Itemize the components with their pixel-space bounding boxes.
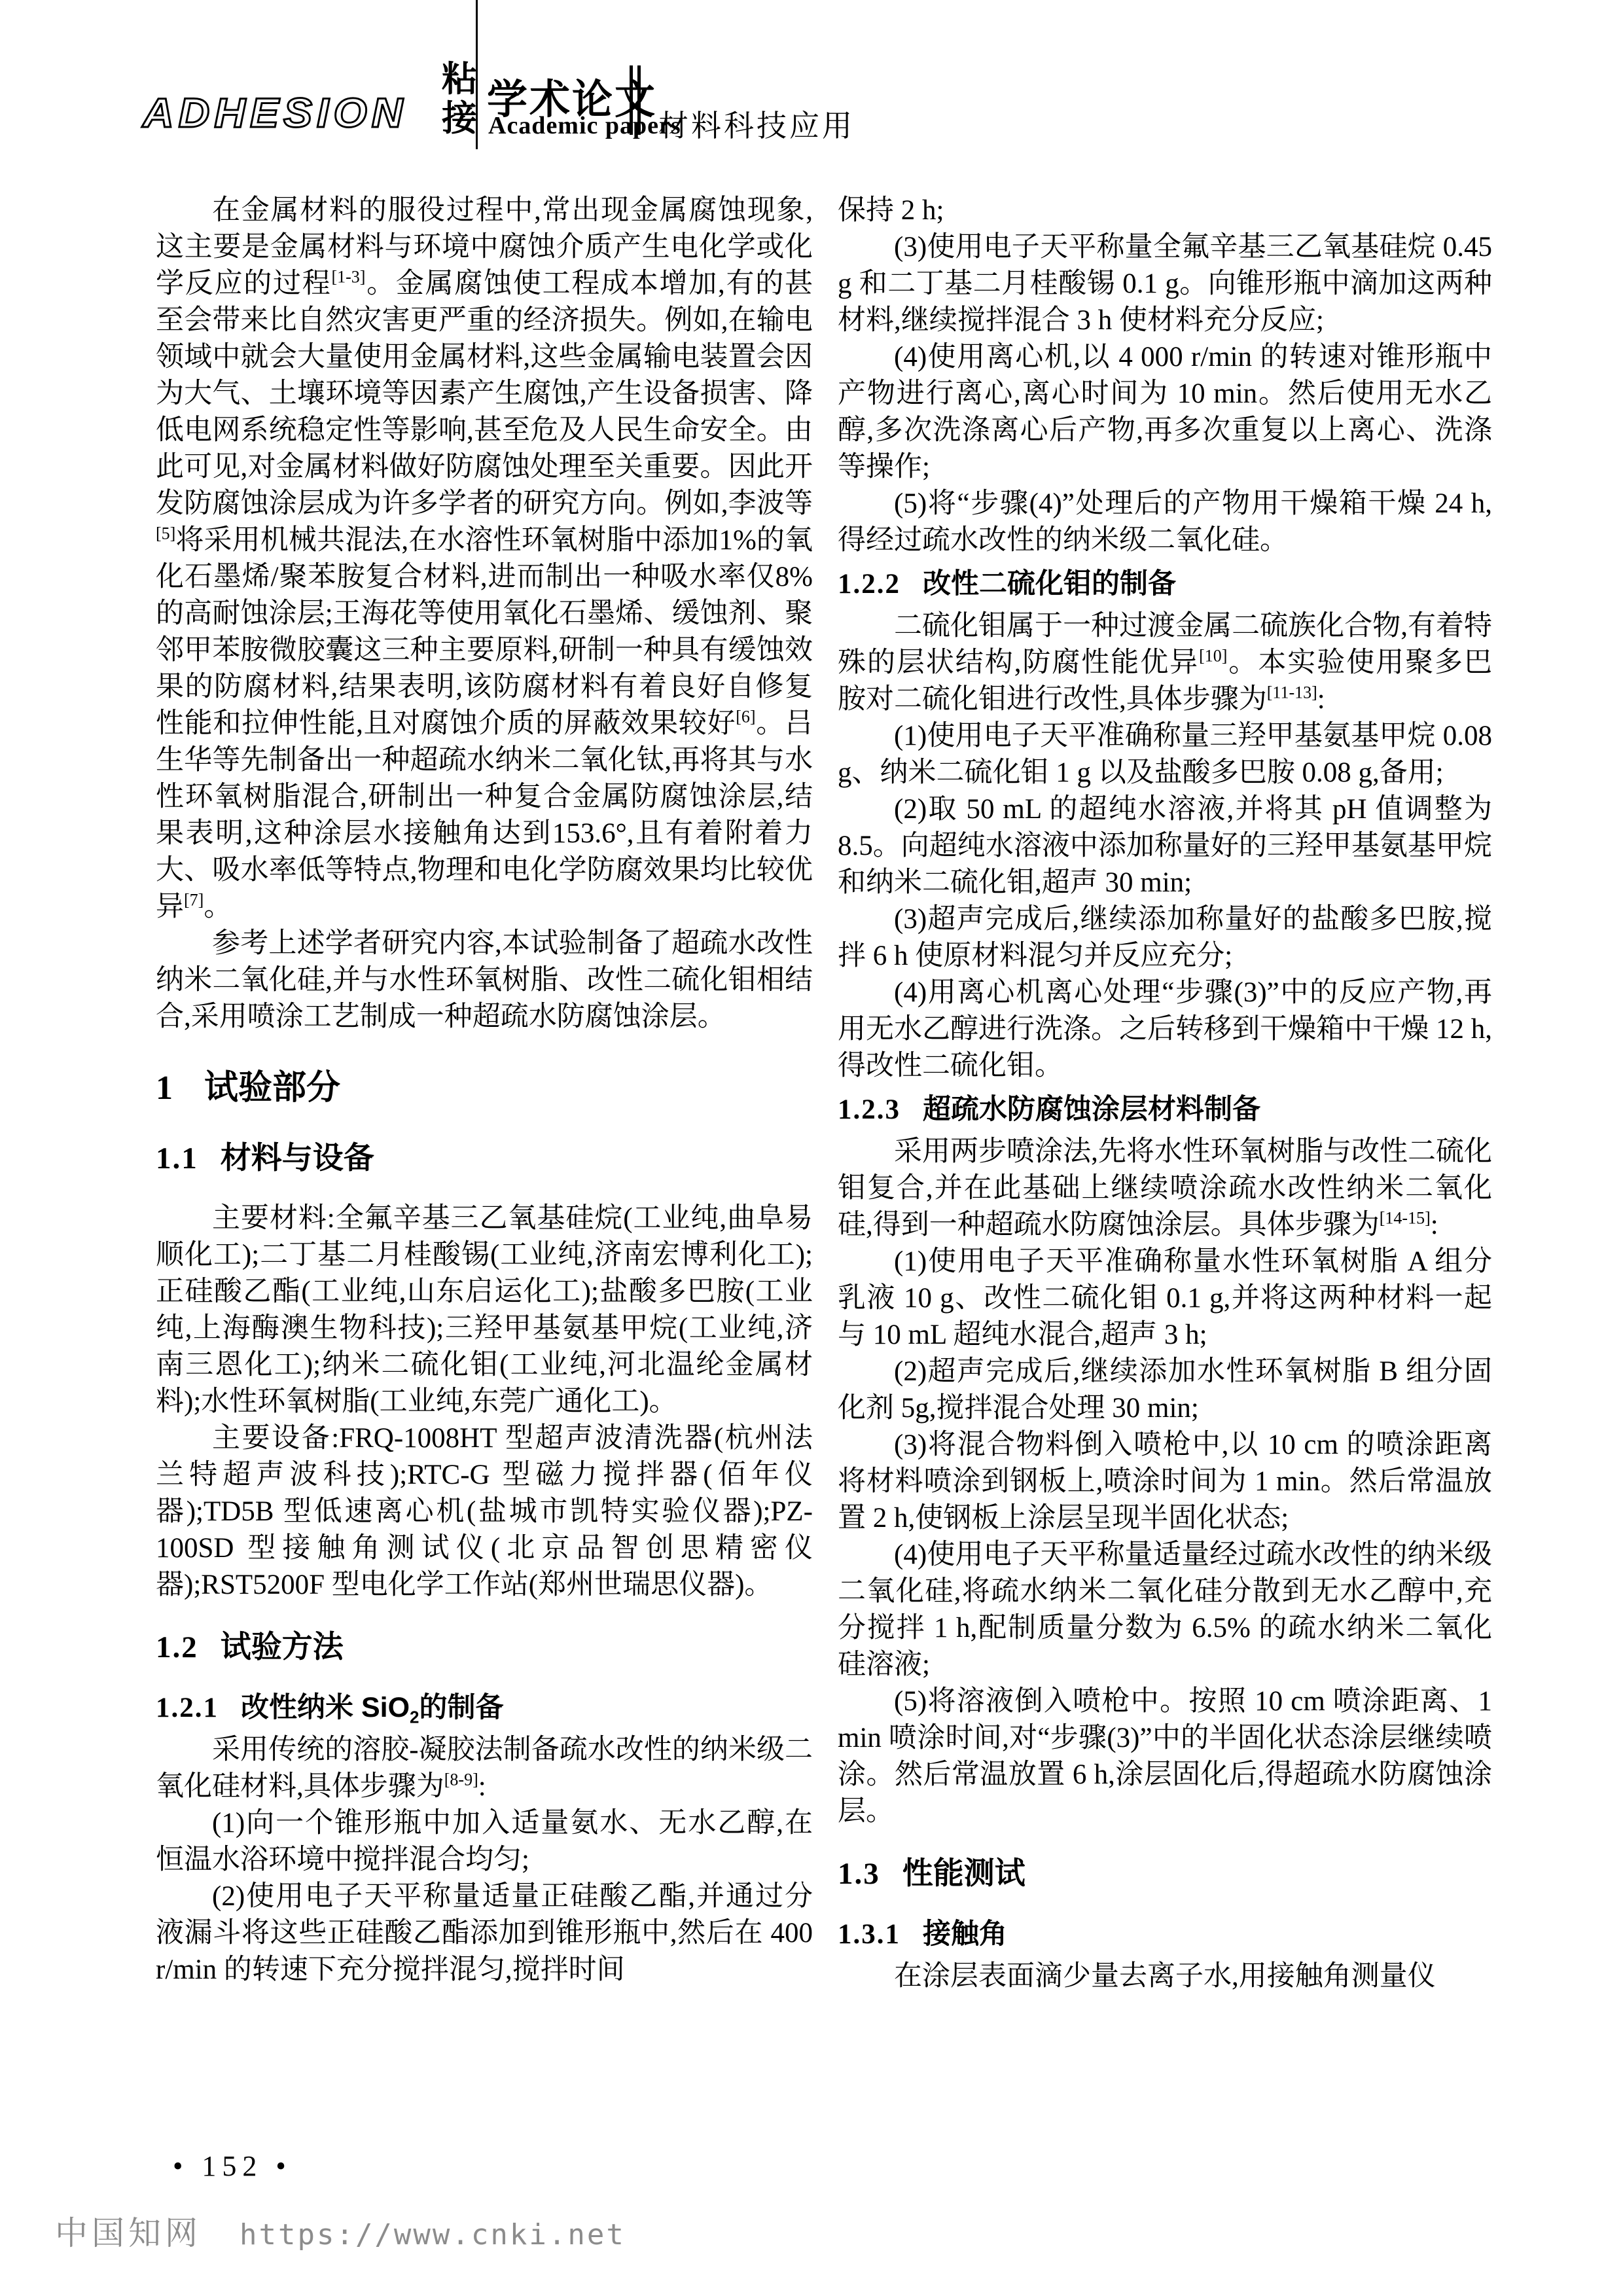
cnki-watermark-name: 中国知网 (55, 2215, 202, 2251)
section-heading: 1.1材料与设备 (156, 1139, 813, 1177)
text-run: (4)使用电子天平称量适量经过疏水改性的纳米级二氧化硅,将疏水纳米二氧化硅分散到… (838, 1539, 1492, 1680)
text-run: : (1431, 1210, 1438, 1240)
paragraph: 采用传统的溶胶-凝胶法制备疏水改性的纳米级二氧化硅材料,具体步骤为[8-9]: (156, 1732, 813, 1805)
text-run: 材料与设备 (221, 1140, 374, 1175)
section-heading: 1.3性能测试 (838, 1855, 1492, 1892)
section-heading: 1试验部分 (156, 1069, 813, 1107)
text-run: : (1317, 684, 1325, 715)
paragraph: 在金属材料的服役过程中,常出现金属腐蚀现象,这主要是金属材料与环境中腐蚀介质产生… (156, 192, 813, 925)
text-run: 将采用机械共混法,在水溶性环氧树脂中添加1%的氧化石墨烯/聚苯胺复合材料,进而制… (156, 525, 813, 739)
section-heading: 1.2.2改性二硫化钼的制备 (838, 565, 1492, 603)
text-run: (1)使用电子天平准确称量三羟甲基氨基甲烷 0.08 g、纳米二硫化钼 1 g … (838, 721, 1492, 788)
paragraph: (2)使用电子天平称量适量正硅酸乙酯,并通过分液漏斗将这些正硅酸乙酯添加到锥形瓶… (156, 1878, 813, 1988)
reference-superscript: [1-3] (331, 268, 365, 287)
page-number: • 152 • (173, 2149, 292, 2183)
paragraph: (3)使用电子天平称量全氟辛基三乙氧基硅烷 0.45 g 和二丁基二月桂酸锡 0… (838, 229, 1492, 339)
reference-superscript: [11-13] (1267, 683, 1317, 702)
text-run: 改性二硫化钼的制备 (923, 568, 1176, 600)
text-run: 的制备 (419, 1692, 504, 1723)
text-run: (2)超声完成后,继续添加水性环氧树脂 B 组分固化剂 5g,搅拌混合处理 30… (838, 1356, 1492, 1424)
text-run: 在涂层表面滴少量去离子水,用接触角测量仪 (894, 1961, 1436, 1992)
heading-number: 1.2 (156, 1630, 198, 1664)
text-run: (5)将溶液倒入喷枪中。按照 10 cm 喷涂距离、1 min 喷涂时间,对“步… (838, 1686, 1492, 1827)
cnki-watermark-url: https://www.cnki.net (240, 2218, 626, 2251)
chemical-subscript: 2 (410, 1708, 419, 1727)
reference-superscript: [5] (156, 524, 175, 543)
text-run: (3)超声完成后,继续添加称量好的盐酸多巴胺,搅拌 6 h 使原材料混匀并反应充… (838, 904, 1492, 971)
section-heading: 1.3.1接触角 (838, 1916, 1492, 1953)
text-run: (4)用离心机离心处理“步骤(3)”中的反应产物,再用无水乙醇进行洗涤。之后转移… (838, 977, 1492, 1081)
document-page: ADHESION 粘接 学术论文 Academic papers 材料科技应用 … (0, 0, 1623, 2296)
journal-logo-cn: 粘接 (441, 59, 478, 137)
reference-superscript: [8-9] (444, 1770, 478, 1789)
section-heading: 1.2试验方法 (156, 1628, 813, 1666)
paragraph: (2)超声完成后,继续添加水性环氧树脂 B 组分固化剂 5g,搅拌混合处理 30… (838, 1354, 1492, 1427)
text-run: 参考上述学者研究内容,本试验制备了超疏水改性纳米二氧化硅,并与水性环氧树脂、改性… (156, 928, 813, 1032)
text-run: 保持 2 h; (838, 195, 944, 226)
paragraph: (4)使用离心机,以 4 000 r/min 的转速对锥形瓶中产物进行离心,离心… (838, 339, 1492, 486)
reference-superscript: [14-15] (1380, 1209, 1431, 1228)
text-run: : (478, 1771, 486, 1802)
text-run: 。 (204, 891, 232, 922)
text-run: 试验方法 (221, 1629, 344, 1664)
heading-number: 1.3 (838, 1857, 880, 1891)
paragraph: 保持 2 h; (838, 192, 1492, 229)
paragraph: (1)使用电子天平准确称量水性环氧树脂 A 组分乳液 10 g、改性二硫化钼 0… (838, 1244, 1492, 1354)
reference-superscript: [6] (736, 708, 755, 726)
paragraph: (3)将混合物料倒入喷枪中,以 10 cm 的喷涂距离将材料喷涂到钢板上,喷涂时… (838, 1427, 1492, 1537)
paragraph: 采用两步喷涂法,先将水性环氧树脂与改性二硫化钼复合,并在此基础上继续喷涂疏水改性… (838, 1134, 1492, 1244)
reference-superscript: [10] (1199, 647, 1227, 666)
text-run: (1)向一个锥形瓶中加入适量氨水、无水乙醇,在恒温水浴环境中搅拌混合均匀; (156, 1808, 813, 1875)
left-column: 在金属材料的服役过程中,常出现金属腐蚀现象,这主要是金属材料与环境中腐蚀介质产生… (156, 192, 813, 1988)
reference-superscript: [7] (184, 891, 204, 910)
heading-number: 1 (156, 1069, 174, 1107)
header-section-title-en: Academic papers (488, 111, 681, 140)
text-run: 主要材料:全氟辛基三乙氧基硅烷(工业纯,曲阜易顺化工);二丁基二月桂酸锡(工业纯… (156, 1203, 813, 1417)
section-heading: 1.2.3超疏水防腐蚀涂层材料制备 (838, 1091, 1492, 1128)
paragraph: (5)将溶液倒入喷枪中。按照 10 cm 喷涂距离、1 min 喷涂时间,对“步… (838, 1683, 1492, 1830)
section-heading: 1.2.1改性纳米 SiO2的制备 (156, 1689, 813, 1727)
paragraph: 参考上述学者研究内容,本试验制备了超疏水改性纳米二氧化硅,并与水性环氧树脂、改性… (156, 925, 813, 1035)
text-run: 超疏水防腐蚀涂层材料制备 (923, 1094, 1260, 1125)
text-run: 试验部分 (204, 1069, 340, 1107)
paragraph: 主要材料:全氟辛基三乙氧基硅烷(工业纯,曲阜易顺化工);二丁基二月桂酸锡(工业纯… (156, 1200, 813, 1420)
text-run: (3)将混合物料倒入喷枪中,以 10 cm 的喷涂距离将材料喷涂到钢板上,喷涂时… (838, 1429, 1492, 1534)
text-run: 改性纳米 SiO (241, 1692, 410, 1723)
text-run: 接触角 (923, 1918, 1007, 1950)
heading-number: 1.1 (156, 1141, 198, 1175)
text-run: (4)使用离心机,以 4 000 r/min 的转速对锥形瓶中产物进行离心,离心… (838, 342, 1492, 482)
text-run: (2)使用电子天平称量适量正硅酸乙酯,并通过分液漏斗将这些正硅酸乙酯添加到锥形瓶… (156, 1881, 813, 1985)
journal-logo-en: ADHESION (143, 89, 407, 137)
cnki-watermark: 中国知网https://www.cnki.net (55, 2207, 626, 2254)
paragraph: (5)将“步骤(4)”处理后的产物用干燥箱干燥 24 h,得经过疏水改性的纳米级… (838, 486, 1492, 559)
paragraph: 主要设备:FRQ-1008HT 型超声波清洗器(杭州法兰特超声波科技);RTC-… (156, 1420, 813, 1604)
heading-number: 1.2.1 (156, 1693, 219, 1723)
paragraph: (4)使用电子天平称量适量经过疏水改性的纳米级二氧化硅,将疏水纳米二氧化硅分散到… (838, 1537, 1492, 1683)
text-run: 。吕生华等先制备出一种超疏水纳米二氧化钛,再将其与水性环氧树脂混合,研制出一种复… (156, 708, 813, 922)
paragraph: (1)使用电子天平准确称量三羟甲基氨基甲烷 0.08 g、纳米二硫化钼 1 g … (838, 718, 1492, 791)
text-run: 主要设备:FRQ-1008HT 型超声波清洗器(杭州法兰特超声波科技);RTC-… (156, 1423, 813, 1600)
text-run: (3)使用电子天平称量全氟辛基三乙氧基硅烷 0.45 g 和二丁基二月桂酸锡 0… (838, 232, 1492, 336)
heading-number: 1.2.2 (838, 569, 901, 600)
paragraph: (3)超声完成后,继续添加称量好的盐酸多巴胺,搅拌 6 h 使原材料混匀并反应充… (838, 901, 1492, 975)
paragraph: 在涂层表面滴少量去离子水,用接触角测量仪 (838, 1958, 1492, 1995)
right-column: 保持 2 h;(3)使用电子天平称量全氟辛基三乙氧基硅烷 0.45 g 和二丁基… (838, 192, 1492, 1995)
paragraph: (1)向一个锥形瓶中加入适量氨水、无水乙醇,在恒温水浴环境中搅拌混合均匀; (156, 1805, 813, 1878)
header-category-label: 材料科技应用 (658, 102, 855, 145)
paragraph: (4)用离心机离心处理“步骤(3)”中的反应产物,再用无水乙醇进行洗涤。之后转移… (838, 975, 1492, 1085)
text-run: (5)将“步骤(4)”处理后的产物用干燥箱干燥 24 h,得经过疏水改性的纳米级… (838, 488, 1492, 556)
text-run: 。金属腐蚀使工程成本增加,有的甚至会带来比自然灾害更严重的经济损失。例如,在输电… (156, 268, 813, 519)
double-bar-divider (630, 65, 641, 135)
paragraph: (2)取 50 mL 的超纯水溶液,并将其 pH 值调整为 8.5。向超纯水溶液… (838, 791, 1492, 901)
heading-number: 1.3.1 (838, 1919, 901, 1950)
heading-number: 1.2.3 (838, 1094, 901, 1125)
paragraph: 二硫化钼属于一种过渡金属二硫族化合物,有着特殊的层状结构,防腐性能优异[10]。… (838, 608, 1492, 718)
text-run: (1)使用电子天平准确称量水性环氧树脂 A 组分乳液 10 g、改性二硫化钼 0… (838, 1246, 1492, 1350)
text-run: 性能测试 (902, 1856, 1026, 1890)
text-run: (2)取 50 mL 的超纯水溶液,并将其 pH 值调整为 8.5。向超纯水溶液… (838, 794, 1492, 898)
